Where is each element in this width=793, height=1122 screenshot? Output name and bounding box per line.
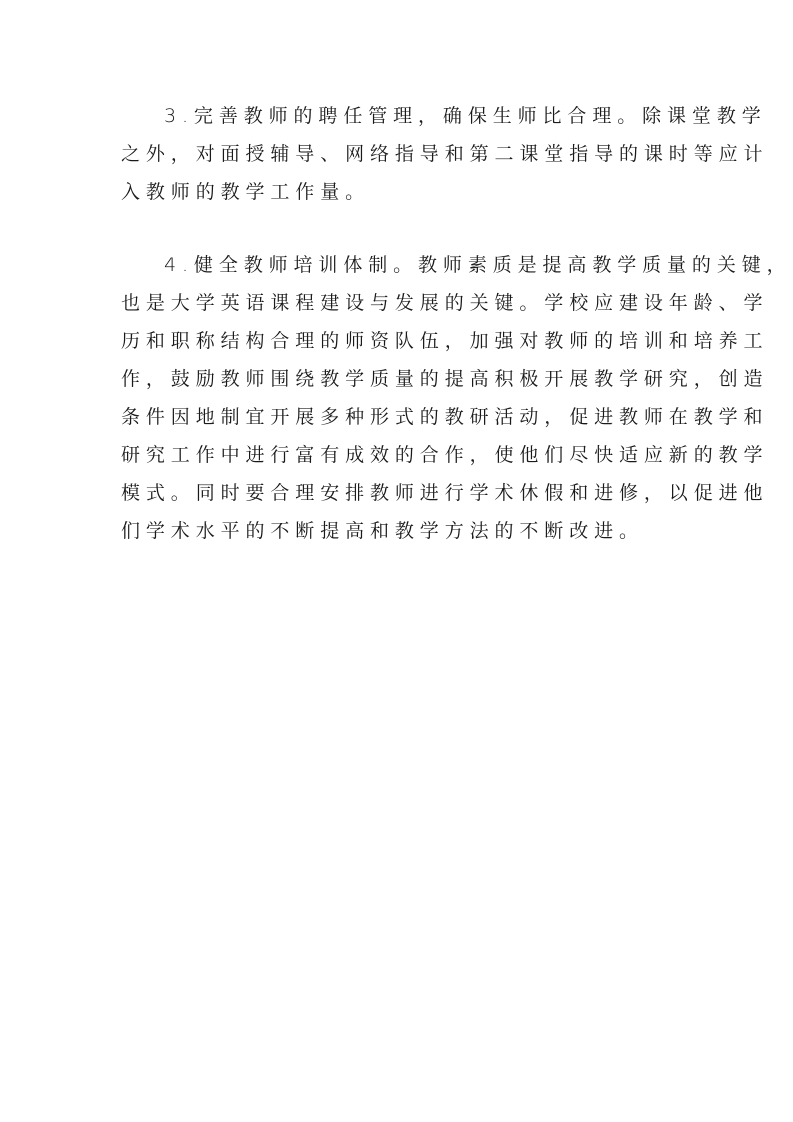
text-line: 历和职称结构合理的师资队伍，加强对教师的培训和培养工 <box>121 322 681 360</box>
text-line: 入教师的教学工作量。 <box>121 173 681 211</box>
text-line: 也是大学英语课程建设与发展的关键。学校应建设年龄、学 <box>121 284 681 322</box>
text-line: 作，鼓励教师围绕教学质量的提高积极开展教学研究，创造 <box>121 360 681 398</box>
paragraph-teacher-training: 4.健全教师培训体制。教师素质是提高教学质量的关键， 也是大学英语课程建设与发展… <box>121 246 681 550</box>
text-line: 们学术水平的不断提高和教学方法的不断改进。 <box>121 512 681 550</box>
paragraph-teacher-employment: 3.完善教师的聘任管理，确保生师比合理。除课堂教学 之外，对面授辅导、网络指导和… <box>121 97 681 211</box>
text-line: 模式。同时要合理安排教师进行学术休假和进修，以促进他 <box>121 474 681 512</box>
text-line: 3.完善教师的聘任管理，确保生师比合理。除课堂教学 <box>121 97 681 135</box>
text-line: 研究工作中进行富有成效的合作，使他们尽快适应新的教学 <box>121 436 681 474</box>
text-line: 条件因地制宜开展多种形式的教研活动，促进教师在教学和 <box>121 398 681 436</box>
document-page: 3.完善教师的聘任管理，确保生师比合理。除课堂教学 之外，对面授辅导、网络指导和… <box>0 0 793 1122</box>
text-line: 之外，对面授辅导、网络指导和第二课堂指导的课时等应计 <box>121 135 681 173</box>
text-line: 4.健全教师培训体制。教师素质是提高教学质量的关键， <box>121 246 681 284</box>
